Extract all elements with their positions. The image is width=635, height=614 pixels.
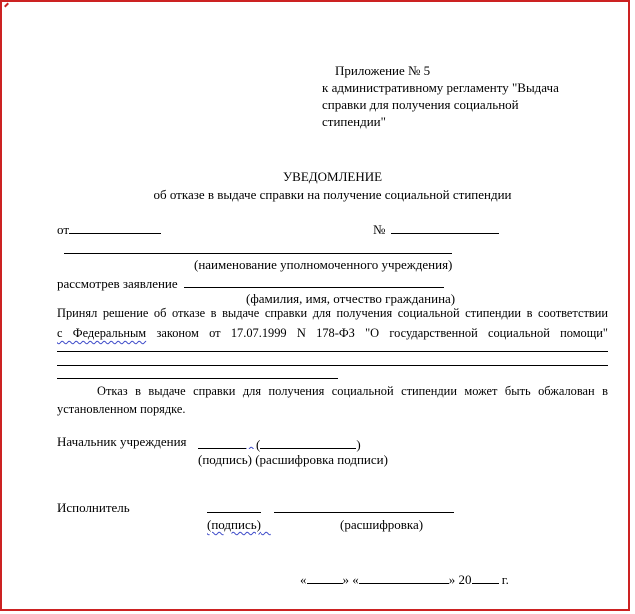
application-blank-line [184, 274, 444, 288]
date-row: «» «» 20 г. [300, 570, 509, 588]
blank-rule-1 [57, 351, 608, 352]
appendix-ref-line-3: стипендии" [322, 113, 612, 130]
appeal-paragraph: Отказ в выдаче справки для получения соц… [57, 382, 608, 418]
document-title: УВЕДОМЛЕНИЕ [57, 169, 608, 185]
appendix-ref-line-2: справки для получения социальной [322, 96, 612, 113]
date-century: 20 [459, 572, 472, 587]
executor-signature-fields [207, 499, 454, 517]
from-label: от [57, 222, 69, 237]
spellcheck-squiggle-mark [246, 433, 256, 449]
date-month-blank [359, 570, 449, 584]
document-subtitle: об отказе в выдаче справки на получение … [57, 187, 608, 203]
head-of-institution-label: Начальник учреждения [57, 434, 187, 450]
decision-line-2: с Федеральным законом от 17.07.1999 N 17… [57, 323, 608, 343]
decision-paragraph: Принял решение об отказе в выдаче справк… [57, 303, 608, 343]
executor-name-caption: (расшифровка) [340, 517, 423, 533]
spellcheck-flagged-text: с Федеральным [57, 326, 146, 340]
from-number-row: от № [57, 220, 608, 237]
head-signature-fields: () [198, 433, 361, 453]
date-year-suffix: г. [502, 572, 509, 587]
executor-label: Исполнитель [57, 500, 130, 516]
executor-signature-blank [207, 499, 261, 513]
head-signature-blank [198, 435, 246, 449]
blank-rule-2 [57, 365, 608, 366]
appeal-line-1: Отказ в выдаче справки для получения соц… [57, 382, 608, 400]
appendix-number-line: Приложение № 5 [322, 62, 612, 79]
number-field: № [373, 220, 499, 238]
date-day-blank [307, 570, 343, 584]
from-field: от [57, 222, 161, 237]
organization-blank-line [64, 239, 452, 254]
appendix-ref-line-1: к административному регламенту "Выдача [322, 79, 612, 96]
number-label: № [373, 222, 385, 237]
decision-line-1: Принял решение об отказе в выдаче справк… [57, 303, 608, 323]
paren-close: ) [356, 437, 360, 452]
organization-caption: (наименование уполномоченного учреждения… [194, 257, 452, 273]
quote-close-icon: » [449, 572, 456, 587]
executor-sign-caption-text: (подпись) [207, 517, 261, 532]
head-name-blank [260, 435, 356, 449]
appendix-header: Приложение № 5 к административному регла… [322, 62, 612, 130]
decision-line-2-rest: законом от 17.07.1999 N 178-ФЗ "О госуда… [156, 326, 608, 340]
executor-name-blank [274, 499, 454, 513]
application-label: рассмотрев заявление [57, 276, 178, 291]
application-row: рассмотрев заявление [57, 274, 444, 292]
from-blank-line [69, 220, 161, 234]
appeal-line-2: установленном порядке. [57, 400, 608, 418]
head-signature-caption: (подпись) (расшифровка подписи) [198, 452, 388, 468]
date-year-blank [472, 570, 499, 584]
quote-close-icon: » [343, 572, 350, 587]
document-page: Приложение № 5 к административному регла… [0, 0, 635, 614]
blank-rule-3 [57, 378, 338, 379]
executor-sign-caption: (подпись) [207, 517, 271, 533]
number-blank-line [391, 220, 499, 234]
